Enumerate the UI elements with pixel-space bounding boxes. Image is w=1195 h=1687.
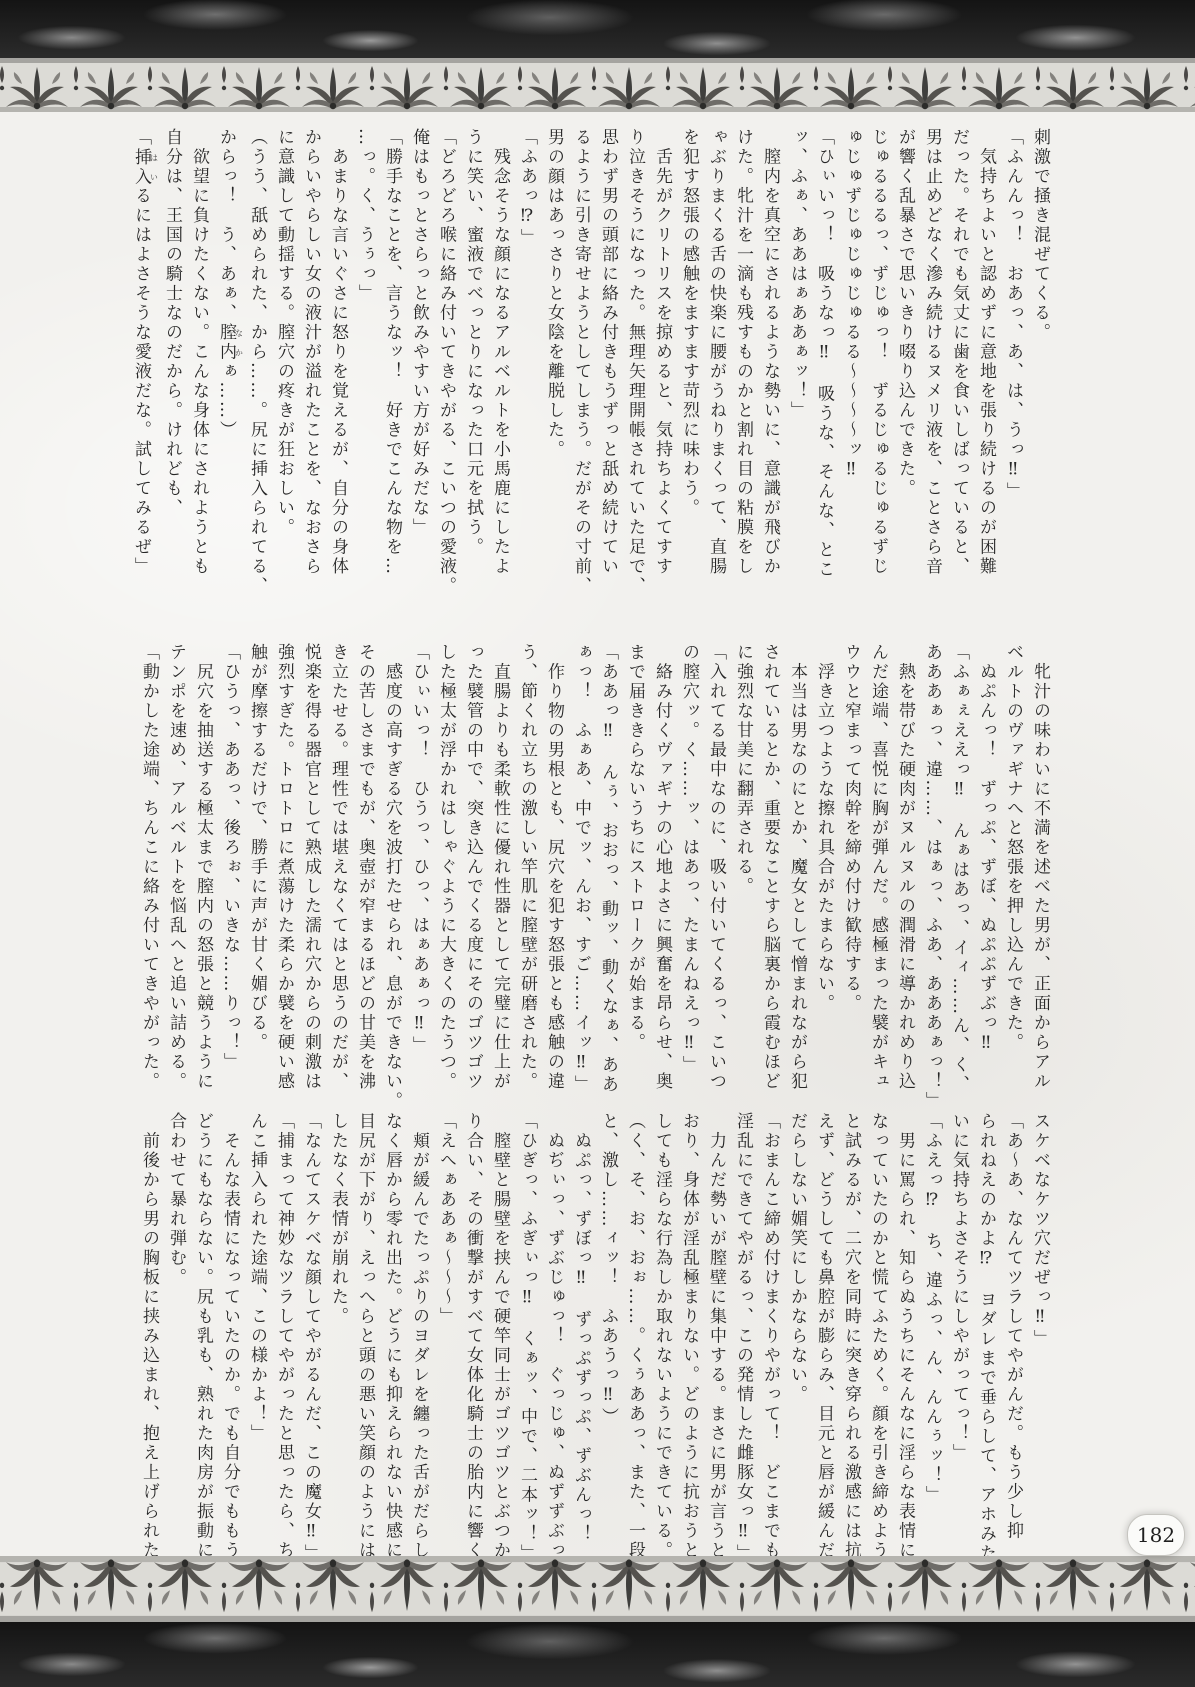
text-column: テンポを速め、アルベルトを悩乱へと追い詰める。 [162, 643, 189, 1111]
text-column: 「ひぃいっ！ 吸うなっ‼ 吸うな、そんな、とこ [810, 128, 837, 630]
text-column: 男に罵られ、知らぬうちにそんなに淫らな表情に [891, 1112, 918, 1548]
text-column: 浮き立つような擦れ具合がたまらない。 [810, 643, 837, 1111]
text-band-middle: 牝汁の味わいに不満を述べた男が、正面からアルベルトのヴァギナへと怒張を押し込んで… [135, 643, 1053, 1111]
text-column: 男の顔はあっさりと女陰を離脱した。 [540, 128, 567, 630]
text-column: 欲望に負けたくない。こんな身体にされようとも [185, 128, 212, 630]
text-column: …っ。く、うぅっ」 [351, 128, 378, 630]
text-column: 「挿入はいるにはよさそうな愛液だな。試してみるぜ」 [127, 128, 158, 630]
text-column: 思わず男の頭部に絡み付きもうずっと舐め続けてい [594, 128, 621, 630]
text-column: と試みるが、二穴を同時に突き穿られる激感には抗 [837, 1112, 864, 1548]
text-column: 「どろどろ喉に絡み付いてきやがる、こいつの愛液。 [432, 128, 459, 630]
text-column: ぁっ！ ふぁあ、中でッ、んお、すご……イッ‼」 [567, 643, 594, 1111]
text-column: 膣内を真空にされるような勢いに、意識が飛びか [756, 128, 783, 630]
text-column: と、激し……ィッ！ ふあうっ‼） [594, 1112, 621, 1548]
text-column: に強烈な甘美に翻弄される。 [729, 643, 756, 1111]
text-column: なく唇から零れ出た。どうにも抑えられない快感に、 [378, 1112, 405, 1548]
page-number: 182 [1137, 1523, 1175, 1547]
text-column: ウウと窄まって肉幹を締め付け歓待する。 [837, 643, 864, 1111]
marbled-edge-top [0, 0, 1195, 58]
text-column: るように引き寄せようとしてしまう。だがその寸前、 [567, 128, 594, 630]
text-column: 「ああっ‼ んぅ、おおっ、動ッ、動くなぁ、ああ [594, 643, 621, 1111]
text-band-lower: スケベなケツ穴だぜっ‼」「あ～あ、なんてツラしてやがんだ。もう少し抑られねえのか… [135, 1112, 1053, 1548]
text-column: 力んだ勢いが膣壁に集中する。まさに男が言うと [702, 1112, 729, 1548]
text-column: 頬が緩んでたっぷりのヨダレを纏った舌がだらし [405, 1112, 432, 1548]
text-column: 直腸よりも柔軟性に優れ性器として完璧に仕上が [486, 643, 513, 1111]
text-column: 「ふんんっ！ おあっ、あ、は、うっ‼」 [999, 128, 1026, 630]
text-column: じゅるるるっ、ずじゅっ！ ずるじゅるじゅるずじ [864, 128, 891, 630]
text-column: あああぁっ、違……、はぁっ、ふあ、あああぁっ！」 [918, 643, 945, 1111]
text-column: の膣穴ッ。く……ッ、はあっ、たまんねえっ‼」 [675, 643, 702, 1111]
text-column: 刺激で掻き混ぜてくる。 [1026, 128, 1053, 630]
text-column: スケベなケツ穴だぜっ‼」 [1026, 1112, 1053, 1548]
text-column: そんな表情になっていたのか。でも自分でももう [216, 1112, 243, 1548]
text-column: 俺はもっとさらっと飲みやすい方が好みだな」 [405, 128, 432, 630]
text-column: その苦しさまでもが、奥壺が窄まるほどの甘美を沸 [351, 643, 378, 1111]
text-column: り泣きそうになった。無理矢理開帳されていた足で、 [621, 128, 648, 630]
text-column: 「えへぁああぁ～～～」 [432, 1112, 459, 1548]
text-column: ゃぶりまくる舌の快楽に腰がうねりまくって、直腸 [702, 128, 729, 630]
text-column: なっていたのかと慌てふためく。顔を引き締めよう [864, 1112, 891, 1548]
text-column: した極太が浮かれはしゃぐように大きくのたうつ。 [432, 643, 459, 1111]
text-column: 本当は男なのにとか、魔女として憎まれながら犯 [783, 643, 810, 1111]
ornamental-border-top-icon [0, 58, 1195, 112]
text-column: おり、身体が淫乱極まりない。どのように抗おうと [675, 1112, 702, 1548]
text-column: されているとか、重要なことすら脳裏から霞むほど [756, 643, 783, 1111]
text-column: ベルトのヴァギナへと怒張を押し込んできた。 [999, 643, 1026, 1111]
text-column: 牝汁の味わいに不満を述べた男が、正面からアル [1026, 643, 1053, 1111]
text-column: に意識して動揺する。膣穴の疼きが狂おしい。 [270, 128, 297, 630]
text-column: いに気持ちよさそうにしやがってっ！」 [945, 1112, 972, 1548]
text-column: 膣壁と腸壁を挟んで硬竿同士がゴツゴツとぶつか [486, 1112, 513, 1548]
text-column: からっ！ う、あぁ、膣内なかぁ……） [212, 128, 243, 630]
text-column: 「なんてスケベな顔してやがるんだ、この魔女‼」 [297, 1112, 324, 1548]
text-column: ぬぢぃっ、ずぶじゅっ！ ぐっじゅ、ぬずずぶっ‼ [540, 1112, 567, 1548]
text-column: 「ふえっ⁉ ち、違ふっ、ん、んんぅッ！」 [918, 1112, 945, 1548]
text-column: 淫乱にできてやがるっ、この発情した雌豚女っ‼」 [729, 1112, 756, 1548]
text-column: 作り物の男根とも、尻穴を犯す怒張とも感触の違 [540, 643, 567, 1111]
text-column: 「ひぃいっ！ ひうっ、ひっ、はぁあぁっ‼」 [405, 643, 432, 1111]
text-column: られねえのかよ⁉ ヨダレまで垂らして、アホみた [972, 1112, 999, 1548]
text-column: からいやらしい女の液汁が溢れたことを、なおさら [297, 128, 324, 630]
text-column: けた。牝汁を一滴も残すものかと割れ目の粘膜をし [729, 128, 756, 630]
text-column: ぬぷっ、ずぼっ‼ ずっぷずっぷ、ずぶんっ！ [567, 1112, 594, 1548]
text-column: 「あ～あ、なんてツラしてやがんだ。もう少し抑 [999, 1112, 1026, 1548]
text-column: したなく表情が崩れた。 [324, 1112, 351, 1548]
text-column: だった。それでも気丈に歯を食いしばっていると、 [945, 128, 972, 630]
text-column: 触が摩擦するだけで、勝手に声が甘く媚びる。 [243, 643, 270, 1111]
text-column: 悦楽を得る器官として熟成した濡れ穴からの刺激は [297, 643, 324, 1111]
text-column: 強烈すぎた。トロトロに煮蕩けた柔らか襞を硬い感 [270, 643, 297, 1111]
text-column: 尻穴を抽送する極太まで膣内の怒張と競うように [189, 643, 216, 1111]
text-column: だらしない媚笑にしかならない。 [783, 1112, 810, 1548]
text-column: った襞管の中で、突き込んでくる度にそのゴツゴツ [459, 643, 486, 1111]
text-column: んこ挿入られた途端、この様かよ！」 [243, 1112, 270, 1548]
text-column: ぬぷんっ！ ずっぷ、ずぼ、ぬぷぷずぶっ‼ [972, 643, 999, 1111]
text-column: どうにもならない。尻も乳も、熟れた肉房が振動に [189, 1112, 216, 1548]
text-column: 「ふぁぇええっ‼ んぁはあっ、イィ……ん、く、 [945, 643, 972, 1111]
text-column: んだ途端、喜悦に胸が弾んだ。感極まった襞がキュ [864, 643, 891, 1111]
text-column: 「動かした途端、ちんこに絡み付いてきやがった。 [135, 643, 162, 1111]
text-column: 合わせて暴れ弾む。 [162, 1112, 189, 1548]
text-column: うに笑い、蜜液でべっとりになった口元を拭う。 [459, 128, 486, 630]
text-column: しても淫らな行為しか取れないようにできている。 [648, 1112, 675, 1548]
text-column: き立たせる。理性では堪えなくてはと思うのだが、 [324, 643, 351, 1111]
text-column: 前後から男の胸板に挟み込まれ、抱え上げられた [135, 1112, 162, 1548]
text-column: 残念そうな顔になるアルベルトを小馬鹿にしたよ [486, 128, 513, 630]
text-column: 感度の高すぎる穴を波打たせられ、息ができない。 [378, 643, 405, 1111]
text-column: ッ、ふぁ、ああはぁああぁッ！」 [783, 128, 810, 630]
text-column: 舌先がクリトリスを掠めると、気持ちよくてすす [648, 128, 675, 630]
text-column: 「ひうっ、ああっ、後ろぉ、いきな……りっ！」 [216, 643, 243, 1111]
ornamental-border-bottom-icon [0, 1556, 1195, 1622]
text-column: 「ひぎっ、ふぎぃっ‼ くぁッ、中で、二本ッ！」 [513, 1112, 540, 1548]
text-column: えず、どうしても鼻腔が膨らみ、目元と唇が緩んだ [810, 1112, 837, 1548]
text-column: （うう、舐められた、から……。尻に挿入られてる、 [243, 128, 270, 630]
text-column: まで届ききらないうちにストロークが始まる。 [621, 643, 648, 1111]
text-column: 気持ちよいと認めずに意地を張り続けるのが困難 [972, 128, 999, 630]
text-column: 「勝手なことを、言うなッ！ 好きでこんな物を… [378, 128, 405, 630]
text-band-upper: 刺激で掻き混ぜてくる。「ふんんっ！ おあっ、あ、は、うっ‼」 気持ちよいと認めず… [127, 128, 1053, 630]
text-column: ゅじゅずじゅじゅじゅるる～～～～ッ‼ [837, 128, 864, 630]
text-column: 「捕まって神妙なツラしてやがったと思ったら、ち [270, 1112, 297, 1548]
scanned-novel-page: 刺激で掻き混ぜてくる。「ふんんっ！ おあっ、あ、は、うっ‼」 気持ちよいと認めず… [0, 0, 1195, 1687]
text-column: 男は止めどなく滲み続けるヌメリ液を、ことさら音 [918, 128, 945, 630]
text-column: 熱を帯びた硬肉がヌルヌルの潤滑に導かれめり込 [891, 643, 918, 1111]
text-column: が響く乱暴さで思いきり啜り込んできた。 [891, 128, 918, 630]
marbled-edge-bottom [0, 1622, 1195, 1687]
text-column: あまりな言いぐさに怒りを覚えるが、自分の身体 [324, 128, 351, 630]
text-column: （く、そ、お、おぉ……。くぅああっ、また、一段 [621, 1112, 648, 1548]
text-column: 「ふあっ⁉」 [513, 128, 540, 630]
text-column: 「おまんこ締め付けまくりやがって！ どこまでも [756, 1112, 783, 1548]
text-column: を犯す怒張の感触をますます苛烈に味わう。 [675, 128, 702, 630]
text-column: り合い、その衝撃がすべて女体化騎士の胎内に響く。 [459, 1112, 486, 1548]
text-column: 目尻が下がり、えっへらと頭の悪い笑顔のようには [351, 1112, 378, 1548]
text-column: 自分は、王国の騎士なのだから。けれども、 [158, 128, 185, 630]
text-column: 絡み付くヴァギナの心地よさに興奮を昂らせ、奥 [648, 643, 675, 1111]
text-column: う、節くれ立ちの激しい竿肌に膣壁が研磨された。 [513, 643, 540, 1111]
text-column: 「入れてる最中なのに、吸い付いてくるっ、こいつ [702, 643, 729, 1111]
page-number-badge: 182 [1127, 1514, 1185, 1556]
